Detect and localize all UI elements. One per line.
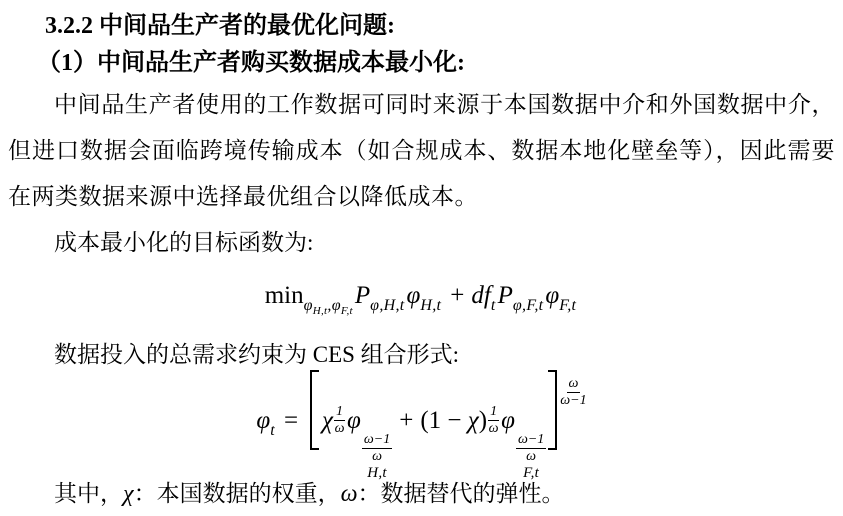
- formula-cost-minimization: minφH,t,φF,tPφ,H,tφH,t+dftPφ,F,tφF,t: [8, 266, 835, 332]
- paren-open-one-minus: (1 −: [420, 407, 467, 434]
- subsection-heading: （1）中间品生产者购买数据成本最小化:: [8, 44, 835, 82]
- paren-exponent-fraction: 1ω: [488, 404, 499, 437]
- phi-symbol: φ: [332, 297, 341, 314]
- phi-home-symbol: φ: [407, 282, 421, 309]
- phi-home-subscript: H,t: [420, 297, 441, 314]
- fraction-numerator: ω: [567, 376, 581, 393]
- fraction-denominator: ω: [489, 421, 499, 437]
- price-home-symbol: P: [355, 282, 370, 309]
- objective-lead-line: 成本最小化的目标函数为:: [8, 220, 835, 266]
- phi-symbol: φ: [304, 297, 313, 314]
- equals-operator: =: [284, 407, 298, 434]
- note-prefix: 其中，: [54, 481, 123, 506]
- chi-description: ：本国数据的权重，: [134, 481, 341, 506]
- fraction-numerator: ω−1: [516, 432, 546, 449]
- formula-ces-row: φt=χ1ωφω−1ωH,t+(1 − χ)1ωφω−1ωF,tωω−1: [256, 370, 586, 482]
- f-symbol: f: [484, 282, 491, 309]
- min-subscript: φH,t,φF,t: [304, 297, 353, 314]
- phi-foreign-symbol: φ: [501, 407, 515, 434]
- f-subscript: t: [491, 297, 496, 314]
- plus-operator: +: [450, 282, 464, 309]
- phi-foreign-exponent-fraction: ω−1ω: [516, 432, 546, 465]
- chi-exponent-fraction: 1ω: [334, 404, 345, 437]
- fraction-denominator: ω: [335, 421, 345, 437]
- phi-foreign-symbol: φ: [545, 282, 559, 309]
- fraction-numerator: ω−1: [362, 432, 392, 449]
- price-foreign-subscript: φ,F,t: [513, 297, 544, 314]
- fraction-numerator: 1: [488, 404, 499, 421]
- price-foreign-symbol: P: [498, 282, 513, 309]
- formula-ces-aggregate: φt=χ1ωφω−1ωH,t+(1 − χ)1ωφω−1ωF,tωω−1: [8, 378, 835, 474]
- document-page: 3.2.2 中间品生产者的最优化问题: （1）中间品生产者购买数据成本最小化: …: [0, 0, 843, 516]
- fraction-denominator: ω: [372, 449, 382, 465]
- phi-home-exponent-fraction: ω−1ω: [362, 432, 392, 465]
- subscript-F-t: F,t: [341, 305, 353, 317]
- price-home-subscript: φ,H,t: [370, 297, 404, 314]
- outer-exponent-fraction: ωω−1: [560, 376, 586, 409]
- phi-total-symbol: φ: [256, 407, 270, 434]
- parameter-note-line: 其中，χ：本国数据的权重，ω：数据替代的弹性。: [8, 474, 835, 514]
- chi-symbol: χ: [322, 407, 333, 434]
- chi-symbol: χ: [468, 407, 479, 434]
- d-symbol: d: [471, 282, 484, 309]
- fraction-numerator: 1: [334, 404, 345, 421]
- subscript-H-t: H,t: [313, 305, 328, 317]
- phi-total-subscript: t: [270, 422, 275, 439]
- omega-symbol: ω: [341, 481, 358, 507]
- formula-cost-minimization-row: minφH,t,φF,tPφ,H,tφH,t+dftPφ,F,tφF,t: [265, 282, 579, 317]
- right-bracket: [548, 370, 557, 450]
- phi-foreign-subscript: F,t: [559, 297, 576, 314]
- fraction-denominator: ω: [526, 449, 536, 465]
- plus-operator: +: [399, 407, 413, 434]
- section-heading: 3.2.2 中间品生产者的最优化问题:: [8, 8, 835, 44]
- left-bracket: [310, 370, 319, 450]
- intro-paragraph: 中间品生产者使用的工作数据可同时来源于本国数据中介和外国数据中介，但进口数据会面…: [8, 82, 835, 220]
- phi-home-symbol: φ: [347, 407, 361, 434]
- chi-symbol: χ: [123, 481, 134, 507]
- paren-close: ): [479, 407, 487, 434]
- fraction-denominator: ω−1: [560, 393, 586, 409]
- omega-description: ：数据替代的弹性。: [358, 481, 565, 506]
- min-operator: min: [265, 282, 304, 309]
